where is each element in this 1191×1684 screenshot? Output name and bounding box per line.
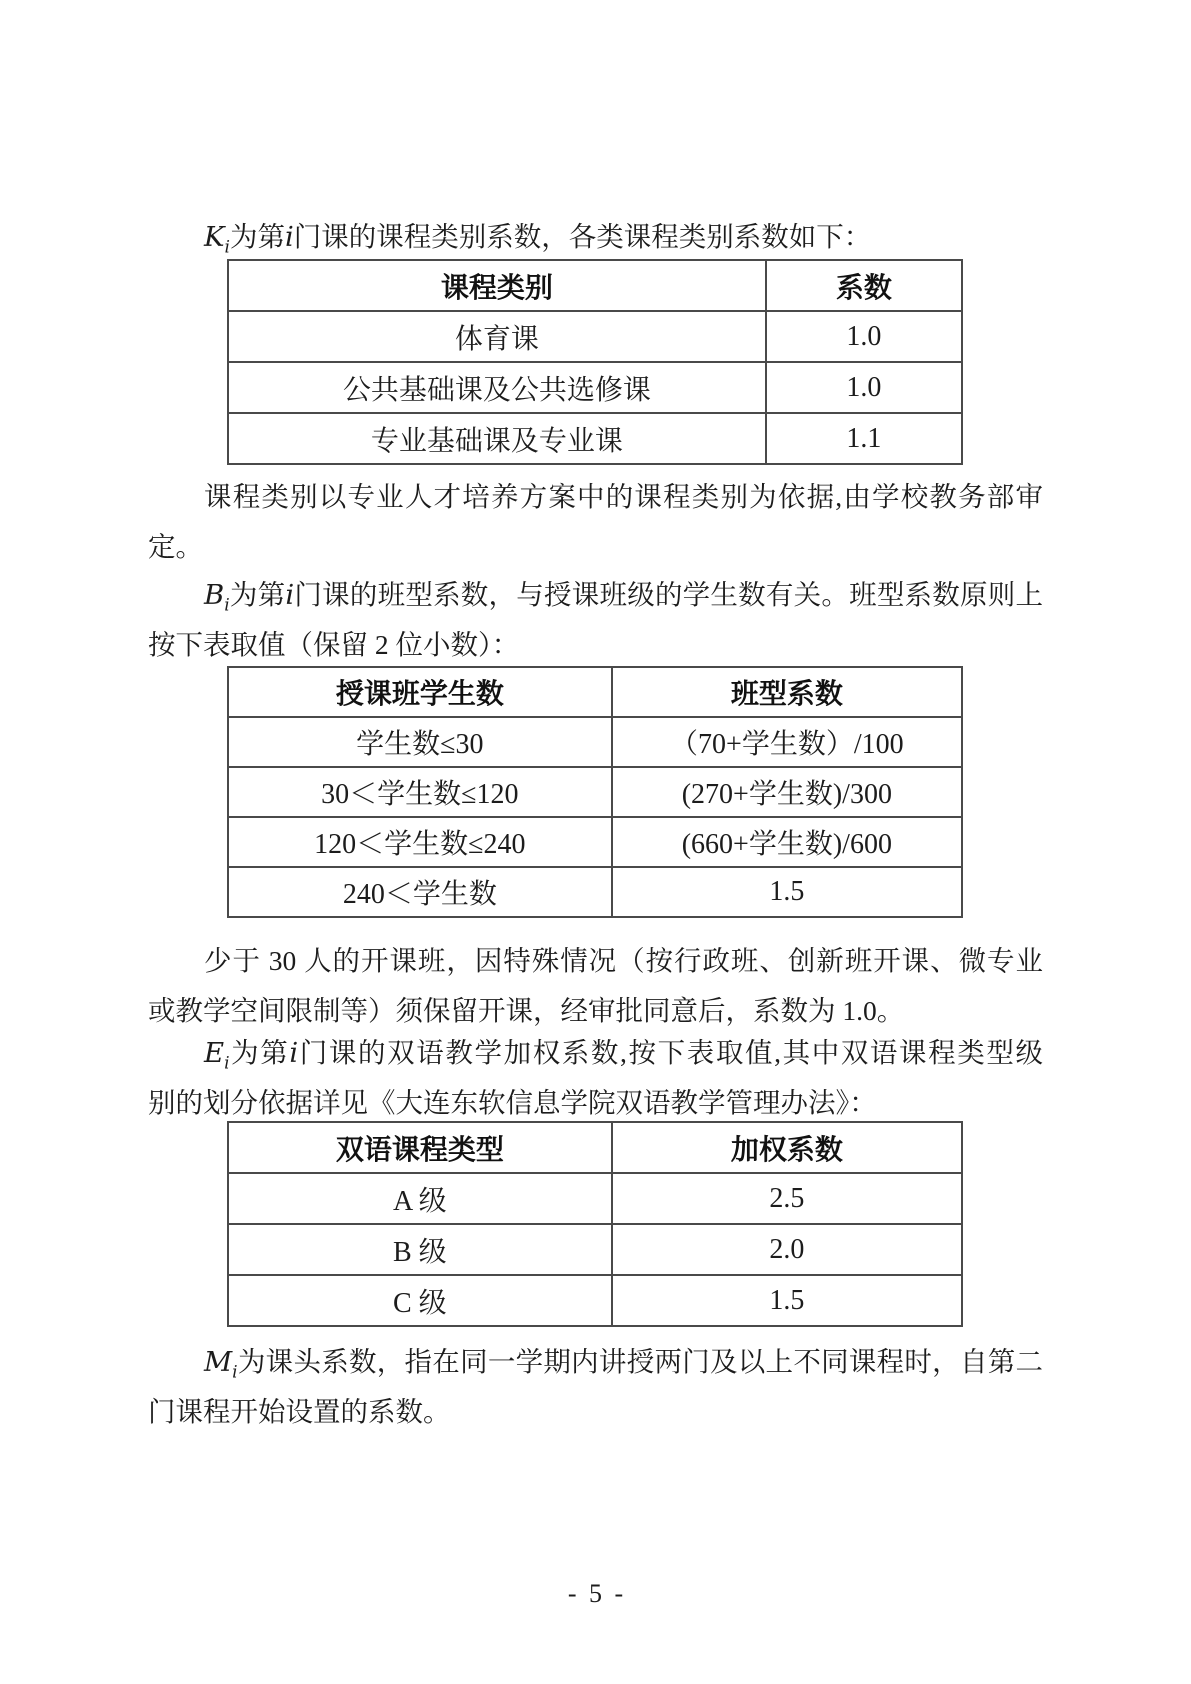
table-row: A 级2.5 — [228, 1173, 962, 1224]
table-header-row: 双语课程类型加权系数 — [228, 1122, 962, 1173]
table-header-cell: 课程类别 — [228, 260, 766, 311]
course-category-table: 课程类别系数体育课1.0公共基础课及公共选修课1.0专业基础课及专业课1.1 — [227, 259, 963, 465]
table-cell: 120＜学生数≤240 — [228, 817, 612, 867]
text-segment: 为第 — [230, 579, 286, 610]
bilingual-course-type-table: 双语课程类型加权系数A 级2.5B 级2.0C 级1.5 — [227, 1121, 963, 1327]
text-line: 按下表取值（保留 2 位小数）： — [148, 620, 1043, 670]
page-number: - 5 - — [0, 1577, 1191, 1611]
table-header: 课程类别系数 — [228, 260, 962, 311]
table-cell: (270+学生数)/300 — [612, 767, 962, 817]
table-cell: 体育课 — [228, 311, 766, 362]
table-body: 体育课1.0公共基础课及公共选修课1.0专业基础课及专业课1.1 — [228, 311, 962, 464]
text-line: Ki为第i门课的课程类别系数，各类课程类别系数如下： — [148, 212, 1043, 262]
table-row: 学生数≤30（70+学生数）/100 — [228, 717, 962, 767]
table-body: 学生数≤30（70+学生数）/10030＜学生数≤120(270+学生数)/30… — [228, 717, 962, 917]
table-row: B 级2.0 — [228, 1224, 962, 1275]
text-line: Bi为第i门课的班型系数，与授课班级的学生数有关。班型系数原则上 — [148, 570, 1043, 620]
table-row: 公共基础课及公共选修课1.0 — [228, 362, 962, 413]
table-cell: A 级 — [228, 1173, 612, 1224]
text-segment: 或教学空间限制等）须保留开课，经审批同意后，系数为 1.0。 — [148, 995, 904, 1026]
table-cell: 240＜学生数 — [228, 867, 612, 917]
table-header-cell: 系数 — [766, 260, 962, 311]
text-segment: 门课的课程类别系数，各类课程类别系数如下： — [294, 221, 872, 252]
table-cell: 1.1 — [766, 413, 962, 464]
class-size-coefficient-table-grid: 授课班学生数班型系数学生数≤30（70+学生数）/10030＜学生数≤120(2… — [227, 666, 963, 918]
para-course-category-coefficient-intro: Ki为第i门课的课程类别系数，各类课程类别系数如下： — [148, 212, 1043, 262]
para-class-type-coefficient-intro: Bi为第i门课的班型系数，与授课班级的学生数有关。班型系数原则上按下表取值（保留… — [148, 570, 1043, 670]
para-small-class-exception: 少于 30 人的开课班，因特殊情况（按行政班、创新班开课、微专业或教学空间限制等… — [148, 936, 1043, 1036]
text-segment: 门课的班型系数，与授课班级的学生数有关。班型系数原则上 — [294, 579, 1043, 610]
para-bilingual-coefficient-intro: Ei为第i门课的双语教学加权系数,按下表取值,其中双语课程类型级别的划分依据详见… — [148, 1028, 1043, 1128]
table-row: 体育课1.0 — [228, 311, 962, 362]
table-row: 120＜学生数≤240(660+学生数)/600 — [228, 817, 962, 867]
text-line: Mi为课头系数，指在同一学期内讲授两门及以上不同课程时，自第二 — [148, 1337, 1043, 1387]
math-variable: i — [285, 579, 294, 611]
math-variable: K — [204, 221, 225, 253]
course-category-table-grid: 课程类别系数体育课1.0公共基础课及公共选修课1.0专业基础课及专业课1.1 — [227, 259, 963, 465]
table-cell: 1.5 — [612, 867, 962, 917]
text-segment: 课程类别以专业人才培养方案中的课程类别为依据,由学校教务部审 — [204, 481, 1043, 512]
table-cell: 公共基础课及公共选修课 — [228, 362, 766, 413]
table-header-cell: 班型系数 — [612, 667, 962, 717]
table-row: 240＜学生数1.5 — [228, 867, 962, 917]
table-row: 专业基础课及专业课1.1 — [228, 413, 962, 464]
math-variable: i — [285, 221, 294, 253]
table-cell: 1.0 — [766, 362, 962, 413]
text-segment: 别的划分依据详见《大连东软信息学院双语教学管理办法》： — [148, 1087, 877, 1118]
para-category-basis: 课程类别以专业人才培养方案中的课程类别为依据,由学校教务部审定。 — [148, 472, 1043, 572]
table-header-row: 授课班学生数班型系数 — [228, 667, 962, 717]
bilingual-course-type-table-grid: 双语课程类型加权系数A 级2.5B 级2.0C 级1.5 — [227, 1121, 963, 1327]
text-line: 课程类别以专业人才培养方案中的课程类别为依据,由学校教务部审 — [148, 472, 1043, 522]
text-segment: 为第 — [230, 221, 285, 252]
table-cell: （70+学生数）/100 — [612, 717, 962, 767]
text-line: 定。 — [148, 522, 1043, 572]
text-line: Ei为第i门课的双语教学加权系数,按下表取值,其中双语课程类型级 — [148, 1028, 1043, 1078]
table-header-row: 课程类别系数 — [228, 260, 962, 311]
table-cell: (660+学生数)/600 — [612, 817, 962, 867]
math-variable: E — [204, 1037, 224, 1069]
math-variable: M — [204, 1346, 232, 1378]
text-segment: 定。 — [148, 531, 203, 562]
table-header-cell: 授课班学生数 — [228, 667, 612, 717]
math-variable: i — [289, 1037, 298, 1069]
table-row: C 级1.5 — [228, 1275, 962, 1326]
table-row: 30＜学生数≤120(270+学生数)/300 — [228, 767, 962, 817]
text-segment: 门课程开始设置的系数。 — [148, 1396, 451, 1427]
table-header-cell: 双语课程类型 — [228, 1122, 612, 1173]
text-line: 少于 30 人的开课班，因特殊情况（按行政班、创新班开课、微专业 — [148, 936, 1043, 986]
table-cell: 学生数≤30 — [228, 717, 612, 767]
table-cell: 2.0 — [612, 1224, 962, 1275]
para-course-head-coefficient: Mi为课头系数，指在同一学期内讲授两门及以上不同课程时，自第二门课程开始设置的系… — [148, 1337, 1043, 1437]
text-segment: 为第 — [230, 1037, 290, 1068]
math-variable: B — [204, 579, 224, 611]
table-header: 双语课程类型加权系数 — [228, 1122, 962, 1173]
class-size-coefficient-table: 授课班学生数班型系数学生数≤30（70+学生数）/10030＜学生数≤120(2… — [227, 666, 963, 918]
table-cell: 30＜学生数≤120 — [228, 767, 612, 817]
table-cell: 专业基础课及专业课 — [228, 413, 766, 464]
text-segment: 门课的双语教学加权系数,按下表取值,其中双语课程类型级 — [298, 1037, 1043, 1068]
text-segment: 按下表取值（保留 2 位小数）： — [148, 629, 519, 660]
table-cell: C 级 — [228, 1275, 612, 1326]
document-page: Ki为第i门课的课程类别系数，各类课程类别系数如下： 课程类别系数体育课1.0公… — [0, 0, 1191, 1684]
table-cell: 1.0 — [766, 311, 962, 362]
text-line: 门课程开始设置的系数。 — [148, 1387, 1043, 1437]
table-header: 授课班学生数班型系数 — [228, 667, 962, 717]
table-header-cell: 加权系数 — [612, 1122, 962, 1173]
text-segment: 为课头系数，指在同一学期内讲授两门及以上不同课程时，自第二 — [238, 1346, 1043, 1377]
table-cell: B 级 — [228, 1224, 612, 1275]
table-cell: 2.5 — [612, 1173, 962, 1224]
text-segment: 少于 30 人的开课班，因特殊情况（按行政班、创新班开课、微专业 — [204, 945, 1043, 976]
table-body: A 级2.5B 级2.0C 级1.5 — [228, 1173, 962, 1326]
table-cell: 1.5 — [612, 1275, 962, 1326]
